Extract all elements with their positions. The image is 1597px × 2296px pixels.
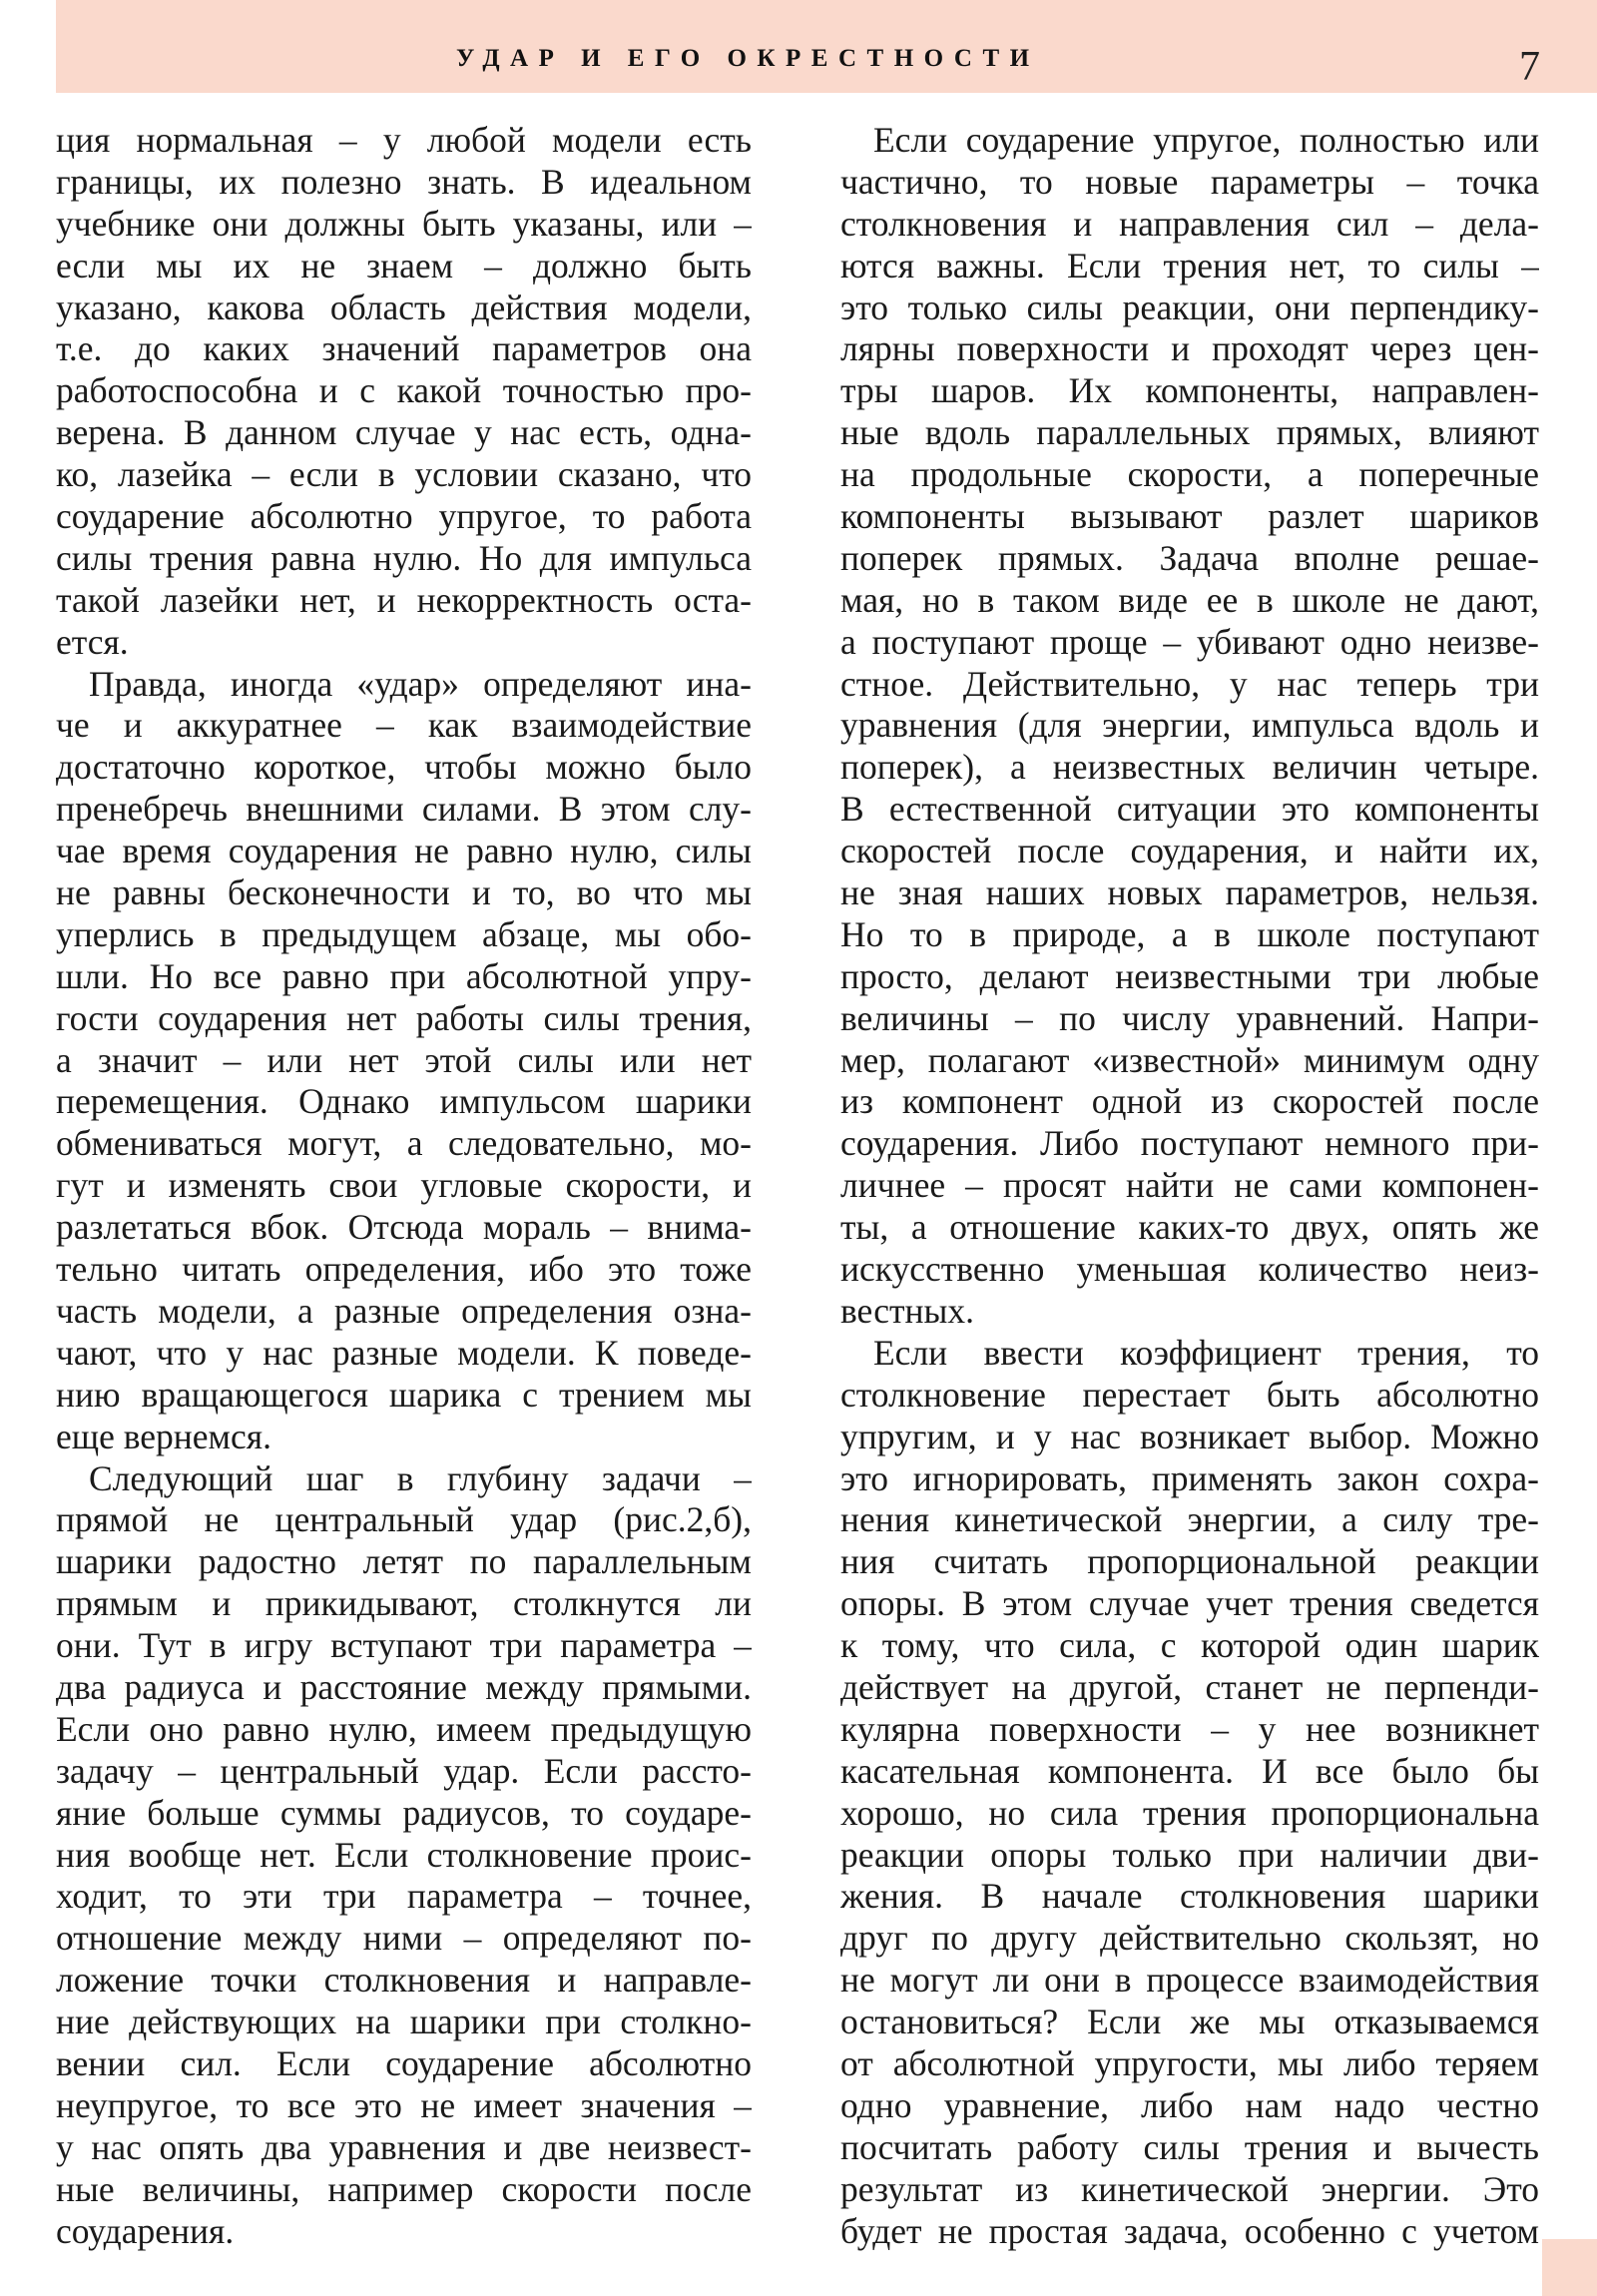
text-line: че и аккуратнее – как взаимодействие [56,705,752,747]
text-line: гости соударения нет работы силы трения, [56,998,752,1040]
paragraph: ция нормальная – у любой модели естьгран… [56,120,752,664]
text-line: Следующий шаг в глубину задачи – [56,1458,752,1500]
text-line: ко, лазейка – если в условии сказано, чт… [56,454,752,496]
text-line: силы трения равна нулю. Но для импульса [56,538,752,580]
text-line: часть модели, а разные определения озна- [56,1291,752,1333]
text-line: остановиться? Если же мы отказываемся [840,2002,1539,2043]
text-line: к тому, что сила, с которой один шарик [840,1625,1539,1667]
text-line: границы, их полезно знать. В идеальном [56,162,752,204]
text-line: верена. В данном случае у нас есть, одна… [56,412,752,454]
text-line: друг по другу действительно скользят, но [840,1918,1539,1960]
text-line: ния считать пропорциональной реакции [840,1541,1539,1583]
text-line: реакции опоры только при наличии дви- [840,1835,1539,1877]
text-line: не могут ли они в процессе взаимодействи… [840,1960,1539,2002]
text-line: столкновения и направления сил – дела- [840,204,1539,246]
text-line: гут и изменять свои угловые скорости, и [56,1165,752,1207]
text-line: не зная наших новых параметров, нельзя. [840,872,1539,914]
text-line: учебнике они должны быть указаны, или – [56,204,752,246]
text-line: а поступают проще – убивают одно неизве- [840,622,1539,664]
text-line: ния вообще нет. Если столкновение проис- [56,1835,752,1877]
text-line: пренебречь внешними силами. В этом слу- [56,789,752,831]
text-line: нию вращающегося шарика с трением мы [56,1375,752,1417]
text-line: одно уравнение, либо нам надо честно [840,2085,1539,2127]
text-line: шарики радостно летят по параллельным [56,1541,752,1583]
text-line: искусственно уменьшая количество неиз- [840,1249,1539,1291]
text-line: прямым и прикидывают, столкнутся ли [56,1583,752,1625]
text-line: еще вернемся. [56,1417,752,1458]
text-line: они. Тут в игру вступают три параметра – [56,1625,752,1667]
text-line: тры шаров. Их компоненты, направлен- [840,370,1539,412]
paragraph: Если ввести коэффициент трения, тостолкн… [840,1333,1539,2253]
text-line: ложение точки столкновения и направле- [56,1960,752,2002]
text-line: прямой не центральный удар (рис.2,б), [56,1499,752,1541]
text-line: ходит, то эти три параметра – точнее, [56,1876,752,1918]
text-line: соударение абсолютно упругое, то работа [56,496,752,538]
text-line: скоростей после соударения, и найти их, [840,831,1539,872]
text-line: указано, какова область действия модели, [56,287,752,329]
text-line: стное. Действительно, у нас теперь три [840,664,1539,706]
text-line: Правда, иногда «удар» определяют ина- [56,664,752,706]
text-line: ные величины, например скорости после [56,2169,752,2211]
text-line: разлетаться вбок. Отсюда мораль – внима- [56,1207,752,1249]
text-line: Если ввести коэффициент трения, то [840,1333,1539,1375]
text-line: из компонент одной из скоростей после [840,1081,1539,1123]
text-line: ется. [56,622,752,664]
text-line: поперек прямых. Задача вполне решае- [840,538,1539,580]
text-line: мая, но в таком виде ее в школе не дают, [840,580,1539,622]
text-line: перемещения. Однако импульсом шарики [56,1081,752,1123]
text-line: поперек), а неизвестных величин четыре. [840,747,1539,789]
text-line: результат из кинетической энергии. Это [840,2169,1539,2211]
text-line: неупругое, то все это не имеет значения … [56,2085,752,2127]
running-title: УДАР И ЕГО ОКРЕСТНОСТИ [456,44,1095,74]
text-line: частично, то новые параметры – точка [840,162,1539,204]
text-line: ные вдоль параллельных прямых, влияют [840,412,1539,454]
text-line: хорошо, но сила трения пропорциональна [840,1793,1539,1835]
text-line: упругим, и у нас возникает выбор. Можно [840,1417,1539,1458]
text-line: тельно читать определения, ибо это тоже [56,1249,752,1291]
text-line: ты, а отношение каких-то двух, опять же [840,1207,1539,1249]
text-line: ются важны. Если трения нет, то силы – [840,246,1539,287]
text-line: мер, полагают «известной» минимум одну [840,1040,1539,1082]
text-line: чают, что у нас разные модели. К поведе- [56,1333,752,1375]
text-line: у нас опять два уравнения и две неизвест… [56,2127,752,2169]
text-line: шли. Но все равно при абсолютной упру- [56,956,752,998]
text-line: а значит – или нет этой силы или нет [56,1040,752,1082]
left-column: ция нормальная – у любой модели естьгран… [56,120,752,2252]
text-line: если мы их не знаем – должно быть [56,246,752,287]
text-line: ние действующих на шарики при столкно- [56,2002,752,2043]
page-number: 7 [1519,46,1540,88]
text-line: просто, делают неизвестными три любые [840,956,1539,998]
text-line: кулярна поверхности – у нее возникнет [840,1709,1539,1751]
text-line: яние больше суммы радиусов, то соударе- [56,1793,752,1835]
text-line: чае время соударения не равно нулю, силы [56,831,752,872]
text-line: достаточно короткое, чтобы можно было [56,747,752,789]
text-line: касательная компонента. И все было бы [840,1751,1539,1793]
text-line: уперлись в предыдущем абзаце, мы обо- [56,914,752,956]
text-line: обмениваться могут, а следовательно, мо- [56,1123,752,1165]
text-line: это игнорировать, применять закон сохра- [840,1458,1539,1500]
text-line: такой лазейки нет, и некорректность оста… [56,580,752,622]
text-line: опоры. В этом случае учет трения сведетс… [840,1583,1539,1625]
text-line: посчитать работу силы трения и вычесть [840,2127,1539,2169]
text-line: вестных. [840,1291,1539,1333]
text-line: будет не простая задача, особенно с учет… [840,2211,1539,2253]
text-line: задачу – центральный удар. Если рассто- [56,1751,752,1793]
text-line: Если оно равно нулю, имеем предыдущую [56,1709,752,1751]
text-line: лярны поверхности и проходят через цен- [840,328,1539,370]
text-line: В естественной ситуации это компоненты [840,789,1539,831]
text-line: величины – по числу уравнений. Напри- [840,998,1539,1040]
paragraph: Следующий шаг в глубину задачи –прямой н… [56,1458,752,2253]
text-line: соударения. Либо поступают немного при- [840,1123,1539,1165]
text-line: ция нормальная – у любой модели есть [56,120,752,162]
text-line: вении сил. Если соударение абсолютно [56,2043,752,2085]
text-line: Если соударение упругое, полностью или [840,120,1539,162]
text-line: уравнения (для энергии, импульса вдоль и [840,705,1539,747]
text-line: личнее – просят найти не сами компонен- [840,1165,1539,1207]
text-line: на продольные скорости, а поперечные [840,454,1539,496]
corner-accent-block [1542,2239,1597,2296]
text-line: действует на другой, станет не перпенди- [840,1667,1539,1709]
text-line: т.е. до каких значений параметров она [56,328,752,370]
text-line: это только силы реакции, они перпендику- [840,287,1539,329]
text-line: отношение между ними – определяют по- [56,1918,752,1960]
right-column: Если соударение упругое, полностью илича… [840,120,1539,2252]
paragraph: Если соударение упругое, полностью илича… [840,120,1539,1333]
text-line: не равны бесконечности и то, во что мы [56,872,752,914]
text-line: жения. В начале столкновения шарики [840,1876,1539,1918]
text-line: соударения. [56,2211,752,2253]
text-line: нения кинетической энергии, а силу тре- [840,1499,1539,1541]
text-line: столкновение перестает быть абсолютно [840,1375,1539,1417]
text-line: от абсолютной упругости, мы либо теряем [840,2043,1539,2085]
text-line: Но то в природе, а в школе поступают [840,914,1539,956]
paragraph: Правда, иногда «удар» определяют ина-че … [56,664,752,1458]
text-line: два радиуса и расстояние между прямыми. [56,1667,752,1709]
text-line: работоспособна и с какой точностью про- [56,370,752,412]
text-line: компоненты вызывают разлет шариков [840,496,1539,538]
